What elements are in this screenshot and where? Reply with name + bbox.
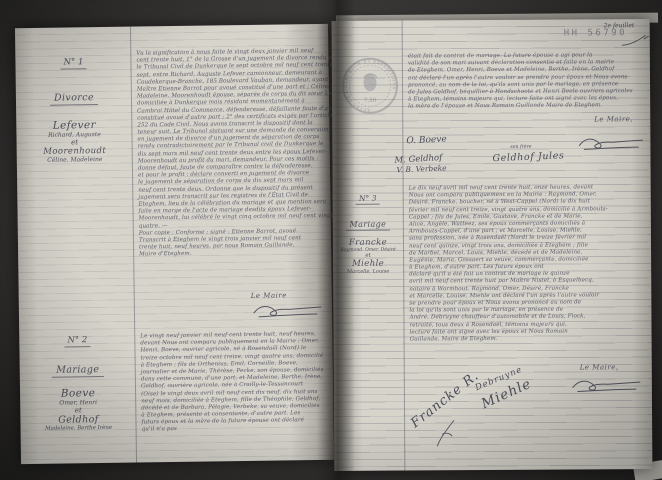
margin-entry-mariage-francke: N° 3 Mariage Francke Raymond, Omer, Dési… bbox=[335, 186, 402, 275]
marriage2-act-text: Le vingt neuf janvier mil neuf cent tren… bbox=[140, 331, 327, 434]
signature-boeve: O. Boeve bbox=[406, 135, 447, 147]
serial-number-stamp: HH 56790 bbox=[564, 28, 627, 38]
left-register-page: N° 1 Divorce Lefever Richard, Auguste et… bbox=[15, 24, 334, 464]
act-type-label: Mariage bbox=[52, 364, 103, 378]
le-maire-label: Le Maire bbox=[251, 291, 287, 300]
serial-flourish-stroke bbox=[620, 33, 650, 47]
right-register-page: 2e feuillet HH 56790 ACTES DE L'ETAT CIV… bbox=[332, 19, 653, 471]
act-number: N° 3 bbox=[356, 194, 380, 205]
act-type-label: Divorce bbox=[50, 92, 98, 106]
margin-entry-mariage-boeve: N° 2 Mariage Boeve Omer, Henri et Geldho… bbox=[27, 327, 128, 432]
mayor-paraph-signature bbox=[251, 302, 325, 319]
act-number: N° 1 bbox=[60, 57, 86, 69]
handwritten-line: qu'il n'a pas bbox=[142, 424, 328, 434]
seal-value: 7,50 bbox=[364, 98, 377, 104]
act-type-label: Mariage bbox=[345, 220, 390, 231]
mayor-paraph-signature bbox=[570, 377, 644, 393]
party-name: Miehle bbox=[335, 259, 401, 269]
party-name: Francke bbox=[335, 238, 401, 248]
extra-paraph-stroke bbox=[434, 418, 460, 448]
margin-entry-divorce: N° 1 Divorce Lefever Richard, Auguste et… bbox=[23, 49, 125, 164]
act-number: N° 2 bbox=[64, 335, 90, 347]
handwritten-line: la mère de l'épouse et Nous Romain Guill… bbox=[408, 102, 640, 111]
signature-geldhof-jules-note: son frère bbox=[510, 145, 531, 150]
signature-verbeke: V. B. Verbeke bbox=[396, 163, 446, 174]
divorce-transcription-text: Vu la signification à nous faite le ving… bbox=[136, 48, 325, 259]
party-firstnames: Céline, Madeleine bbox=[25, 156, 125, 164]
marriage2-act-continuation-text: était fait de contrat de mariage. La fut… bbox=[408, 52, 640, 111]
marriage3-act-text: Le dix neuf avril mil neuf cent trente h… bbox=[409, 184, 642, 344]
party-firstnames: Marcelle, Louise bbox=[335, 269, 401, 275]
mayor-paraph-signature bbox=[576, 135, 646, 151]
handwritten-line: Maire d'Eteghem. bbox=[139, 249, 325, 259]
scanned-register-photo: N° 1 Divorce Lefever Richard, Auguste et… bbox=[0, 0, 662, 480]
le-maire-label: Le Maire, bbox=[594, 115, 633, 123]
party-firstnames: Madeleine, Berthe Irène bbox=[29, 425, 129, 432]
handwritten-line: Guillande, Maire de Eteghem. bbox=[410, 335, 642, 344]
signature-geldhof-jules: Geldhof Jules bbox=[492, 150, 564, 164]
le-maire-label: Le Maire, bbox=[580, 363, 619, 371]
margin-rule-line bbox=[402, 21, 406, 471]
embossed-round-seal: ACTES DE L'ETAT CIVIL ET EXPEDITIONS 7,5… bbox=[339, 56, 401, 116]
